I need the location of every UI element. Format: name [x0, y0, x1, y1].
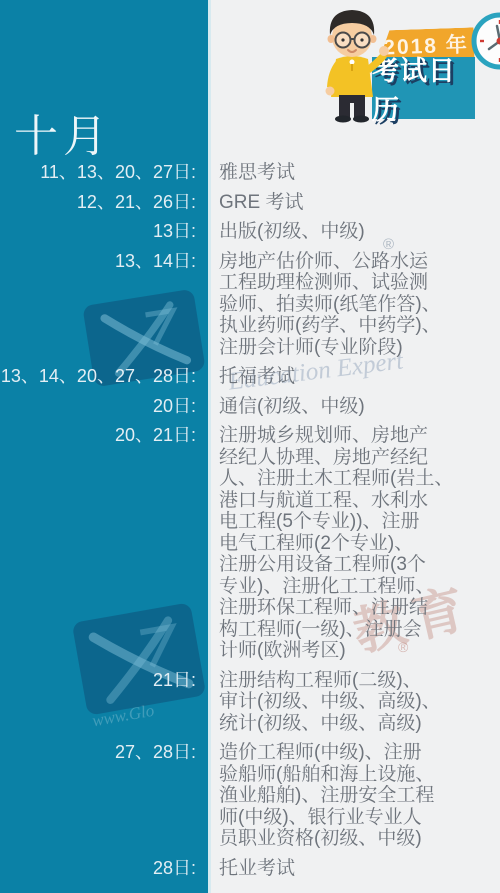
row-exams: 托业考试: [211, 858, 500, 880]
row-dates: 11、13、20、27日:: [0, 162, 211, 184]
calendar-row: 12、21、26日:GRE 考试: [0, 192, 500, 214]
calendar-row: 21日:注册结构工程师(二级)、 审计(初级、中级、高级)、 统计(初级、中级、…: [0, 670, 500, 735]
row-dates: 20、21日:: [0, 425, 211, 662]
row-exams: 出版(初级、中级): [211, 221, 500, 243]
calendar-row: 11、13、20、27日:雅思考试: [0, 162, 500, 184]
row-exams: 雅思考试: [211, 162, 500, 184]
teacher-mascot-icon: [314, 5, 390, 128]
calendar-rows: 11、13、20、27日:雅思考试12、21、26日:GRE 考试13日:出版(…: [0, 162, 500, 887]
row-dates: 13、14日:: [0, 251, 211, 359]
calendar-row: 20日:通信(初级、中级): [0, 396, 500, 418]
row-dates: 13日:: [0, 221, 211, 243]
row-dates: 21日:: [0, 670, 211, 735]
row-exams: 通信(初级、中级): [211, 396, 500, 418]
row-exams: 造价工程师(中级)、注册 验船师(船舶和海上设施、 渔业船舶)、注册安全工程 师…: [211, 742, 500, 850]
calendar-row: 13日:出版(初级、中级): [0, 221, 500, 243]
wall-clock-icon: [470, 12, 500, 77]
month-heading: 十月: [14, 100, 112, 164]
row-exams: 房地产估价师、公路水运 工程助理检测师、试验测 验师、拍卖师(纸笔作答)、 执业…: [211, 251, 500, 359]
calendar-row: 28日:托业考试: [0, 858, 500, 880]
row-exams: GRE 考试: [211, 192, 500, 214]
row-dates: 13、14、20、27、28日:: [0, 366, 211, 388]
row-dates: 12、21、26日:: [0, 192, 211, 214]
row-exams: 注册城乡规划师、房地产 经纪人协理、房地产经纪 人、注册土木工程师(岩土、 港口…: [211, 425, 500, 662]
exam-calendar-poster: 2018 年 考试日历 十月 ® Education Expert: [0, 0, 500, 893]
row-exams: 注册结构工程师(二级)、 审计(初级、中级、高级)、 统计(初级、中级、高级): [211, 670, 500, 735]
row-exams: 托福考试: [211, 366, 500, 388]
row-dates: 27、28日:: [0, 742, 211, 850]
calendar-row: 13、14日:房地产估价师、公路水运 工程助理检测师、试验测 验师、拍卖师(纸笔…: [0, 251, 500, 359]
row-dates: 28日:: [0, 858, 211, 880]
row-dates: 20日:: [0, 396, 211, 418]
calendar-row: 13、14、20、27、28日:托福考试: [0, 366, 500, 388]
calendar-row: 20、21日:注册城乡规划师、房地产 经纪人协理、房地产经纪 人、注册土木工程师…: [0, 425, 500, 662]
calendar-row: 27、28日:造价工程师(中级)、注册 验船师(船舶和海上设施、 渔业船舶)、注…: [0, 742, 500, 850]
